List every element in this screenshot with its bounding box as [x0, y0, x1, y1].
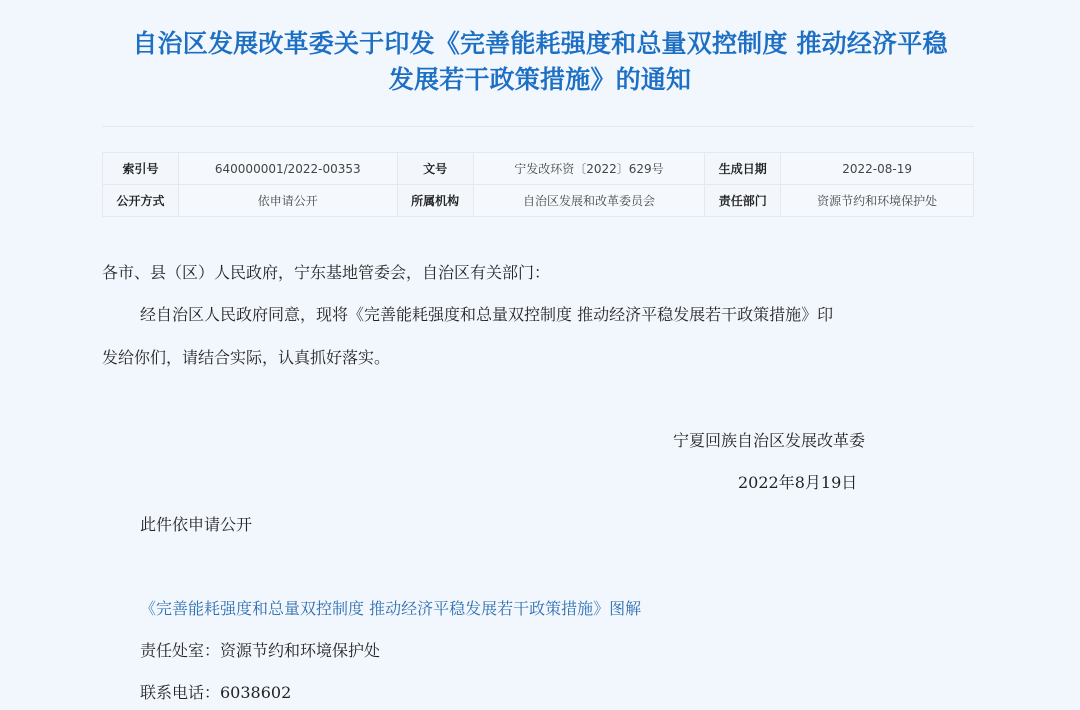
- body-paragraph-line-2: 发给你们，请结合实际，认真抓好落实。: [102, 347, 390, 369]
- index-number-label: 索引号: [103, 153, 179, 185]
- body-paragraph-line-1: 经自治区人民政府同意，现将《完善能耗强度和总量双控制度 推动经济平稳发展若干政策…: [140, 304, 833, 326]
- issuing-agency-value: 自治区发展和改革委员会: [473, 185, 705, 217]
- contact-phone: 联系电话：6038602: [140, 682, 291, 704]
- document-number-value: 宁发改环资〔2022〕629号: [473, 153, 705, 185]
- disclosure-method-value: 依申请公开: [178, 185, 397, 217]
- illustration-link[interactable]: 《完善能耗强度和总量双控制度 推动经济平稳发展若干政策措施》图解: [140, 598, 641, 620]
- signature-organization: 宁夏回族自治区发展改革委: [673, 430, 865, 452]
- title-divider: [102, 126, 974, 127]
- document-metadata-table: 索引号 640000001/2022-00353 文号 宁发改环资〔2022〕6…: [102, 152, 974, 217]
- issuing-agency-label: 所属机构: [397, 185, 473, 217]
- responsible-office: 责任处室：资源节约和环境保护处: [140, 640, 380, 662]
- generation-date-label: 生成日期: [705, 153, 781, 185]
- signature-date: 2022年8月19日: [738, 472, 857, 494]
- disclosure-method-label: 公开方式: [103, 185, 179, 217]
- title-line-2: 发展若干政策措施》的通知: [100, 62, 980, 98]
- index-number-value: 640000001/2022-00353: [178, 153, 397, 185]
- document-number-label: 文号: [397, 153, 473, 185]
- disclosure-note: 此件依申请公开: [140, 514, 252, 536]
- metadata-row: 索引号 640000001/2022-00353 文号 宁发改环资〔2022〕6…: [103, 153, 974, 185]
- responsible-department-label: 责任部门: [705, 185, 781, 217]
- metadata-row: 公开方式 依申请公开 所属机构 自治区发展和改革委员会 责任部门 资源节约和环境…: [103, 185, 974, 217]
- document-title: 自治区发展改革委关于印发《完善能耗强度和总量双控制度 推动经济平稳 发展若干政策…: [100, 26, 980, 98]
- salutation: 各市、县（区）人民政府，宁东基地管委会，自治区有关部门：: [102, 262, 550, 284]
- title-line-1: 自治区发展改革委关于印发《完善能耗强度和总量双控制度 推动经济平稳: [100, 26, 980, 62]
- generation-date-value: 2022-08-19: [781, 153, 974, 185]
- responsible-department-value: 资源节约和环境保护处: [781, 185, 974, 217]
